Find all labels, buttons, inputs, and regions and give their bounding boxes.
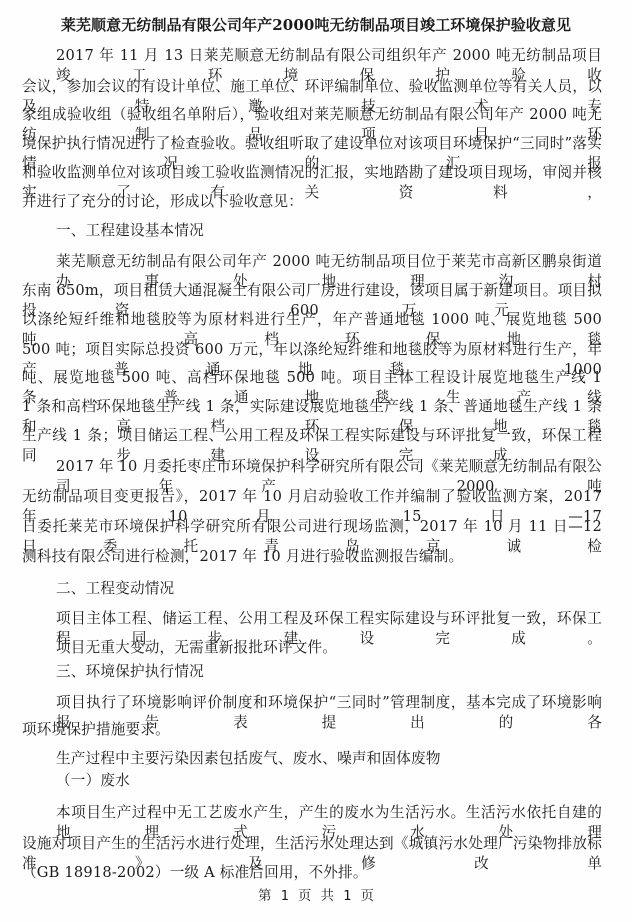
paragraph-line: 境保护执行情况进行了检查验收。验收组听取了建设单位对该项目环境保护“三同时”落实… [22,134,602,154]
paragraph-line: 本项目生产过程中无工艺废水产生，产生的废水为生活污水。生活污水依托自建的地埋式污… [56,803,602,823]
paragraph-line: 和验收监测单位对该项目竣工验收监测情况的汇报，实地踏勘了建设项目现场，审阅并核实… [22,163,602,183]
paragraph-line: 日委托莱芜市环境保护科学研究所有限公司进行现场监测，2017 年 10 月 11… [22,517,602,537]
subsection-heading-wastewater: （一）废水 [56,771,602,791]
section-heading-1: 一、工程建设基本情况 [56,221,602,241]
document-page: 莱芜顺意无纺制品有限公司年产2000吨无纺制品项目竣工环境保护验收意见 2017… [0,0,632,922]
paragraph-line: 1 条和高档环保地毯生产线 1 条，实际建设展览地毯生产线 1 条、普通地毯生产… [22,397,602,417]
paragraph-line: 500 吨；项目实际总投资 600 万元，年以涤纶短纤维和地毯胶等为原材料进行生… [22,340,602,360]
document-title: 莱芜顺意无纺制品有限公司年产2000吨无纺制品项目竣工环境保护验收意见 [0,15,632,35]
paragraph-line: 吨、展览地毯 500 吨、高档环保地毯 500 吨。项目主体工程设计展览地毯生产… [22,368,602,388]
paragraph-line: 东南 650m，项目租赁大通混凝土有限公司厂房进行建设，该项目属于新建项目。项目… [22,281,602,301]
paragraph-line: （GB 18918-2002）一级 A 标准后回用，不外排。 [22,863,602,883]
paragraph-line: 项目主体工程、储运工程、公用工程及环保工程实际建设与环评批复一致，环保工程同步建… [56,609,602,629]
paragraph-line: 2017 年 11 月 13 日莱芜顺意无纺制品有限公司组织年产 2000 吨无… [56,46,602,66]
paragraph-line: 项目执行了环境影响评价制度和环境保护“三同时”管理制度，基本完成了环境影响报告表… [56,693,602,713]
section-heading-2: 二、工程变动情况 [56,579,602,599]
paragraph-line: 生产过程中主要污染因素包括废气、废水、噪声和固体废物 [56,749,602,769]
page-number-footer: 第 1 页 共 1 页 [0,886,632,906]
paragraph-line: 并进行了充分的讨论，形成以下验收意见： [22,192,602,212]
paragraph-line: 生产线 1 条；项目储运工程、公用工程及环保工程实际建设与环评批复一致，环保工程… [22,426,602,446]
paragraph-line: 项目无重大变动，无需重新报批环评文件。 [56,638,602,658]
paragraph-line: 会议，参加会议的有设计单位、施工单位、环评编制单位、验收监测单位等有关人员，以及… [22,77,602,97]
paragraph-line: 测科技有限公司进行检测，2017 年 10 月进行验收监测报告编制。 [22,547,602,567]
paragraph-line: 莱芜顺意无纺制品有限公司年产 2000 吨无纺制品项目位于莱芜市高新区鹏泉街道办… [56,252,602,272]
section-heading-3: 三、环境保护执行情况 [56,662,602,682]
paragraph-line: 以涤纶短纤维和地毯胶等为原材料进行生产，年产普通地毯 1000 吨、展览地毯 5… [22,310,602,330]
paragraph-line: 2017 年 10 月委托枣庄市环境保护科学研究所有限公司《莱芜顺意无纺制品有限… [56,457,602,477]
paragraph-line: 项环境保护措施要求。 [22,720,602,740]
paragraph-line: 家组成验收组（验收组名单附后），验收组对莱芜顺意无纺制品有限公司年产 2000 … [22,105,602,125]
paragraph-line: 无纺制品项目变更报告》，2017 年 10 月启动验收工作并编制了验收监测方案，… [22,487,602,507]
paragraph-line: 设施对项目产生的生活污水进行处理，生活污水处理达到《城镇污水处理厂污染物排放标准… [22,834,602,854]
